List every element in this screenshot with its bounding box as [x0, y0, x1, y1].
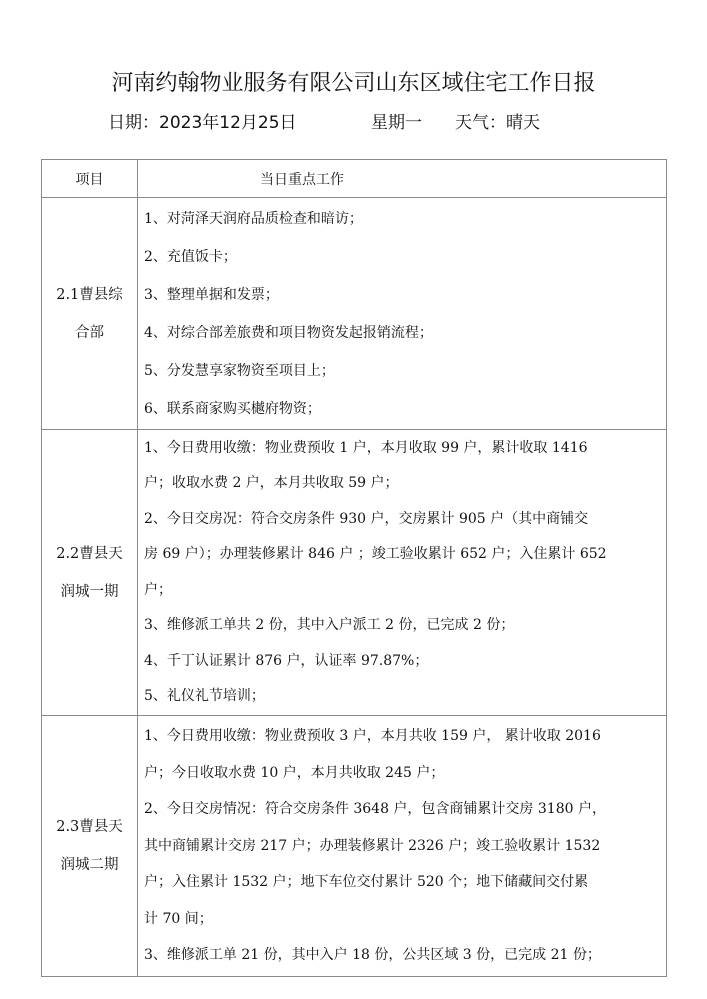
- item-name-line: 2.1曹县综: [44, 276, 135, 314]
- header-work: 当日重点工作: [138, 160, 667, 198]
- item-cell: 2.1曹县综 合部: [42, 198, 138, 430]
- report-weather: 天气：晴天: [455, 108, 540, 133]
- report-weekday: 星期一: [371, 108, 422, 133]
- table-row: 2.2曹县天 润城一期 1、今日费用收缴：物业费预收 1 户，本月收取 99 户…: [42, 430, 667, 716]
- work-cell: 1、今日费用收缴：物业费预收 1 户，本月收取 99 户，累计收取 1416 户…: [138, 430, 667, 716]
- work-item: 户；入住累计 1532 户；地下车位交付累计 520 个；地下储藏间交付累: [144, 864, 660, 901]
- work-item: 2、今日交房况：符合交房条件 930 户，交房累计 905 户（其中商铺交: [144, 502, 660, 538]
- item-name-line: 润城一期: [44, 573, 135, 611]
- work-cell: 1、对菏泽天润府品质检查和暗访； 2、充值饭卡； 3、整理单据和发票； 4、对综…: [138, 198, 667, 430]
- work-item: 1、今日费用收缴：物业费预收 1 户，本月收取 99 户，累计收取 1416: [144, 431, 660, 467]
- item-name-line: 润城二期: [44, 846, 135, 884]
- report-title: 河南约翰物业服务有限公司山东区域住宅工作日报: [0, 66, 707, 97]
- work-item: 2、今日交房情况：符合交房条件 3648 户，包含商铺累计交房 3180 户，: [144, 791, 660, 828]
- work-item: 5、礼仪礼节培训；: [144, 679, 660, 715]
- work-item: 4、对综合部差旅费和项目物资发起报销流程；: [144, 314, 660, 352]
- item-cell: 2.2曹县天 润城一期: [42, 430, 138, 716]
- item-name-line: 2.2曹县天: [44, 535, 135, 573]
- work-item: 1、对菏泽天润府品质检查和暗访；: [144, 200, 660, 238]
- work-item: 4、千丁认证累计 876 户，认证率 97.87%；: [144, 644, 660, 680]
- header-item: 项目: [42, 160, 138, 198]
- work-cell: 1、今日费用收缴：物业费预收 3 户，本月共收 159 户， 累计收取 2016…: [138, 716, 667, 977]
- work-item: 3、维修派工单 21 份，其中入户 18 份，公共区域 3 份，已完成 21 份…: [144, 937, 660, 974]
- work-item: 3、维修派工单共 2 份，其中入户派工 2 份，已完成 2 份；: [144, 608, 660, 644]
- work-item: 计 70 间；: [144, 901, 660, 938]
- work-report-table: 项目 当日重点工作 2.1曹县综 合部 1、对菏泽天润府品质检查和暗访； 2、充…: [41, 159, 667, 977]
- work-item: 6、联系商家购买樾府物资；: [144, 390, 660, 428]
- item-name-line: 2.3曹县天: [44, 808, 135, 846]
- item-name-line: 合部: [44, 314, 135, 352]
- table-header-row: 项目 当日重点工作: [42, 160, 667, 198]
- item-cell: 2.3曹县天 润城二期: [42, 716, 138, 977]
- work-item: 户；: [144, 573, 660, 609]
- work-item: 房 69 户）；办理装修累计 846 户 ；竣工验收累计 652 户；入住累计 …: [144, 537, 660, 573]
- report-date: 日期：2023年12月25日: [108, 108, 297, 133]
- work-item: 户；今日收取水费 10 户，本月共收取 245 户；: [144, 755, 660, 792]
- work-item: 3、整理单据和发票；: [144, 276, 660, 314]
- work-item: 户；收取水费 2 户，本月共收取 59 户；: [144, 466, 660, 502]
- work-item: 其中商铺累计交房 217 户；办理装修累计 2326 户；竣工验收累计 1532: [144, 828, 660, 865]
- work-item: 5、分发慧享家物资至项目上；: [144, 352, 660, 390]
- work-item: 1、今日费用收缴：物业费预收 3 户，本月共收 159 户， 累计收取 2016: [144, 718, 660, 755]
- work-item: 2、充值饭卡；: [144, 238, 660, 276]
- table-row: 2.3曹县天 润城二期 1、今日费用收缴：物业费预收 3 户，本月共收 159 …: [42, 716, 667, 977]
- table-row: 2.1曹县综 合部 1、对菏泽天润府品质检查和暗访； 2、充值饭卡； 3、整理单…: [42, 198, 667, 430]
